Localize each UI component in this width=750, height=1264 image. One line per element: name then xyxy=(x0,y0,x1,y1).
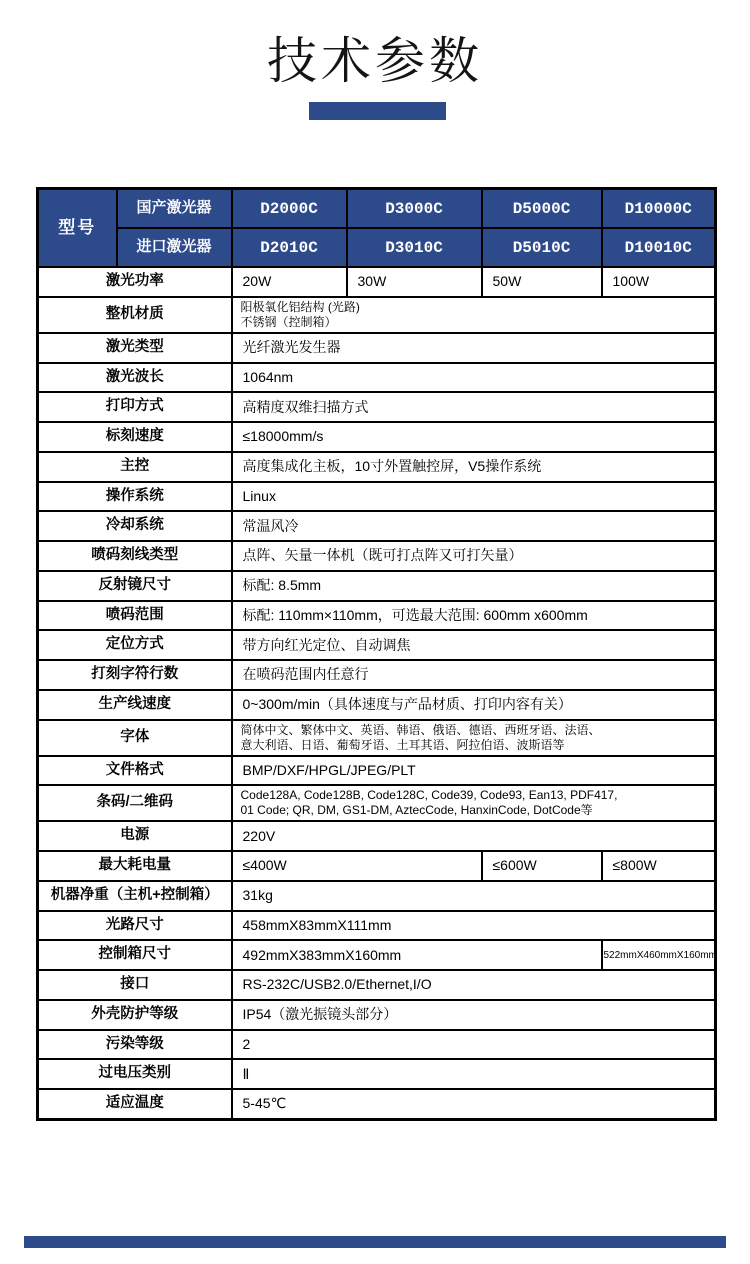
spec-row-label: 生产线速度 xyxy=(38,690,232,720)
spec-row-label: 污染等级 xyxy=(38,1030,232,1060)
model-number-cell: D5000C xyxy=(482,189,602,229)
spec-row: 适应温度5-45℃ xyxy=(38,1089,716,1119)
spec-value-cell: 高度集成化主板，10寸外置触控屏，V5操作系统 xyxy=(232,452,716,482)
spec-row-label: 定位方式 xyxy=(38,630,232,660)
spec-value-cell: Linux xyxy=(232,482,716,512)
spec-row-label: 最大耗电量 xyxy=(38,851,232,881)
spec-row: 喷码刻线类型点阵、矢量一体机（既可打点阵又可打矢量） xyxy=(38,541,716,571)
spec-row: 操作系统Linux xyxy=(38,482,716,512)
spec-value-cell: 31kg xyxy=(232,881,716,911)
model-number-cell: D3000C xyxy=(347,189,482,229)
spec-value-cell: 20W xyxy=(232,267,347,297)
spec-row-label: 字体 xyxy=(38,720,232,756)
spec-value-cell: 522mmX460mmX160mm xyxy=(602,940,716,970)
spec-value-cell: Ⅱ xyxy=(232,1059,716,1089)
spec-row: 反射镜尺寸标配: 8.5mm xyxy=(38,571,716,601)
spec-row: 生产线速度0~300m/min（具体速度与产品材质、打印内容有关） xyxy=(38,690,716,720)
model-number-cell: D5010C xyxy=(482,228,602,267)
spec-row: 冷却系统常温风冷 xyxy=(38,511,716,541)
spec-row: 激光类型光纤激光发生器 xyxy=(38,333,716,363)
model-header-cell: 型号 xyxy=(38,189,117,268)
model-number-cell: D10000C xyxy=(602,189,716,229)
spec-row-label: 激光波长 xyxy=(38,363,232,393)
spec-row: 污染等级2 xyxy=(38,1030,716,1060)
spec-value-cell: 30W xyxy=(347,267,482,297)
series-label-cell: 国产激光器 xyxy=(117,189,232,229)
spec-row: 控制箱尺寸492mmX383mmX160mm522mmX460mmX160mm xyxy=(38,940,716,970)
spec-value-cell: 带方向红光定位、自动调焦 xyxy=(232,630,716,660)
spec-value-cell: 1064nm xyxy=(232,363,716,393)
spec-row: 电源220V xyxy=(38,821,716,851)
spec-row-label: 控制箱尺寸 xyxy=(38,940,232,970)
spec-value-cell: RS-232C/USB2.0/Ethernet,I/O xyxy=(232,970,716,1000)
model-number-cell: D10010C xyxy=(602,228,716,267)
page-title: 技术参数 xyxy=(0,36,750,86)
spec-table: 型号国产激光器D2000CD3000CD5000CD10000C进口激光器D20… xyxy=(36,187,717,1121)
model-number-cell: D2000C xyxy=(232,189,347,229)
spec-value-cell: BMP/DXF/HPGL/JPEG/PLT xyxy=(232,756,716,786)
spec-row-label: 打印方式 xyxy=(38,392,232,422)
series-label-cell: 进口激光器 xyxy=(117,228,232,267)
spec-row-label: 喷码刻线类型 xyxy=(38,541,232,571)
spec-row: 打印方式高精度双维扫描方式 xyxy=(38,392,716,422)
spec-value-cell: ≤400W xyxy=(232,851,482,881)
spec-value-cell: 标配: 8.5mm xyxy=(232,571,716,601)
spec-value-cell: ≤800W xyxy=(602,851,716,881)
spec-value-cell: 标配: 110mm×110mm，可选最大范围: 600mm x600mm xyxy=(232,601,716,631)
spec-row: 文件格式BMP/DXF/HPGL/JPEG/PLT xyxy=(38,756,716,786)
spec-row-label: 冷却系统 xyxy=(38,511,232,541)
spec-row-label: 文件格式 xyxy=(38,756,232,786)
spec-row-label: 操作系统 xyxy=(38,482,232,512)
spec-value-line: 阳极氧化铝结构 (光路) xyxy=(241,300,707,315)
spec-value-line: 意大利语、日语、葡萄牙语、土耳其语、阿拉伯语、波斯语等 xyxy=(241,738,707,753)
spec-value-cell: 在喷码范围内任意行 xyxy=(232,660,716,690)
spec-row: 光路尺寸458mmX83mmX111mm xyxy=(38,911,716,941)
spec-row-label: 接口 xyxy=(38,970,232,1000)
spec-value-cell: 常温风冷 xyxy=(232,511,716,541)
spec-row: 主控高度集成化主板，10寸外置触控屏，V5操作系统 xyxy=(38,452,716,482)
spec-row-label: 标刻速度 xyxy=(38,422,232,452)
spec-value-cell: 492mmX383mmX160mm xyxy=(232,940,602,970)
spec-value-line: 不锈钢（控制箱） xyxy=(241,315,707,330)
spec-row-label: 反射镜尺寸 xyxy=(38,571,232,601)
table-body: 激光功率20W30W50W100W整机材质阳极氧化铝结构 (光路)不锈钢（控制箱… xyxy=(38,267,716,1119)
spec-row: 外壳防护等级IP54（激光振镜头部分） xyxy=(38,1000,716,1030)
spec-value-cell: 光纤激光发生器 xyxy=(232,333,716,363)
spec-row: 喷码范围标配: 110mm×110mm，可选最大范围: 600mm x600mm xyxy=(38,601,716,631)
spec-row: 机器净重（主机+控制箱）31kg xyxy=(38,881,716,911)
spec-row-label: 打刻字符行数 xyxy=(38,660,232,690)
model-number-cell: D2010C xyxy=(232,228,347,267)
spec-value-cell: 简体中文、繁体中文、英语、韩语、俄语、德语、西班牙语、法语、意大利语、日语、葡萄… xyxy=(232,720,716,756)
spec-value-cell: 阳极氧化铝结构 (光路)不锈钢（控制箱） xyxy=(232,297,716,333)
title-underline-bar xyxy=(309,102,446,120)
spec-row-label: 电源 xyxy=(38,821,232,851)
spec-value-cell: 220V xyxy=(232,821,716,851)
spec-row-label: 喷码范围 xyxy=(38,601,232,631)
spec-row: 字体简体中文、繁体中文、英语、韩语、俄语、德语、西班牙语、法语、意大利语、日语、… xyxy=(38,720,716,756)
spec-row-label: 主控 xyxy=(38,452,232,482)
spec-row-label: 激光功率 xyxy=(38,267,232,297)
spec-value-line: 01 Code; QR, DM, GS1-DM, AztecCode, Hanx… xyxy=(241,803,707,818)
spec-row-label: 适应温度 xyxy=(38,1089,232,1119)
spec-value-cell: 458mmX83mmX111mm xyxy=(232,911,716,941)
spec-value-cell: 0~300m/min（具体速度与产品材质、打印内容有关） xyxy=(232,690,716,720)
header-row: 型号国产激光器D2000CD3000CD5000CD10000C xyxy=(38,189,716,229)
spec-row: 激光波长1064nm xyxy=(38,363,716,393)
spec-row: 接口RS-232C/USB2.0/Ethernet,I/O xyxy=(38,970,716,1000)
bottom-accent-bar xyxy=(24,1236,726,1248)
spec-value-cell: 2 xyxy=(232,1030,716,1060)
spec-value-cell: Code128A, Code128B, Code128C, Code39, Co… xyxy=(232,785,716,821)
spec-value-cell: ≤600W xyxy=(482,851,602,881)
spec-row-label: 过电压类别 xyxy=(38,1059,232,1089)
spec-row: 激光功率20W30W50W100W xyxy=(38,267,716,297)
spec-row: 最大耗电量≤400W≤600W≤800W xyxy=(38,851,716,881)
page: 技术参数 型号国产激光器D2000CD3000CD5000CD10000C进口激… xyxy=(0,0,750,1264)
spec-row-label: 整机材质 xyxy=(38,297,232,333)
spec-row: 定位方式带方向红光定位、自动调焦 xyxy=(38,630,716,660)
spec-value-cell: 高精度双维扫描方式 xyxy=(232,392,716,422)
spec-value-line: 简体中文、繁体中文、英语、韩语、俄语、德语、西班牙语、法语、 xyxy=(241,723,707,738)
table-header: 型号国产激光器D2000CD3000CD5000CD10000C进口激光器D20… xyxy=(38,189,716,268)
title-section: 技术参数 xyxy=(0,36,750,132)
model-number-cell: D3010C xyxy=(347,228,482,267)
header-row: 进口激光器D2010CD3010CD5010CD10010C xyxy=(38,228,716,267)
spec-row: 标刻速度≤18000mm/s xyxy=(38,422,716,452)
spec-value-cell: 100W xyxy=(602,267,716,297)
spec-row: 整机材质阳极氧化铝结构 (光路)不锈钢（控制箱） xyxy=(38,297,716,333)
spec-value-cell: IP54（激光振镜头部分） xyxy=(232,1000,716,1030)
spec-value-cell: 50W xyxy=(482,267,602,297)
spec-row-label: 外壳防护等级 xyxy=(38,1000,232,1030)
spec-row: 过电压类别Ⅱ xyxy=(38,1059,716,1089)
spec-value-cell: ≤18000mm/s xyxy=(232,422,716,452)
spec-row-label: 机器净重（主机+控制箱） xyxy=(38,881,232,911)
spec-value-line: Code128A, Code128B, Code128C, Code39, Co… xyxy=(241,788,707,803)
spec-row-label: 激光类型 xyxy=(38,333,232,363)
spec-value-cell: 点阵、矢量一体机（既可打点阵又可打矢量） xyxy=(232,541,716,571)
spec-value-cell: 5-45℃ xyxy=(232,1089,716,1119)
spec-row: 条码/二维码Code128A, Code128B, Code128C, Code… xyxy=(38,785,716,821)
spec-row-label: 光路尺寸 xyxy=(38,911,232,941)
spec-row-label: 条码/二维码 xyxy=(38,785,232,821)
spec-row: 打刻字符行数在喷码范围内任意行 xyxy=(38,660,716,690)
